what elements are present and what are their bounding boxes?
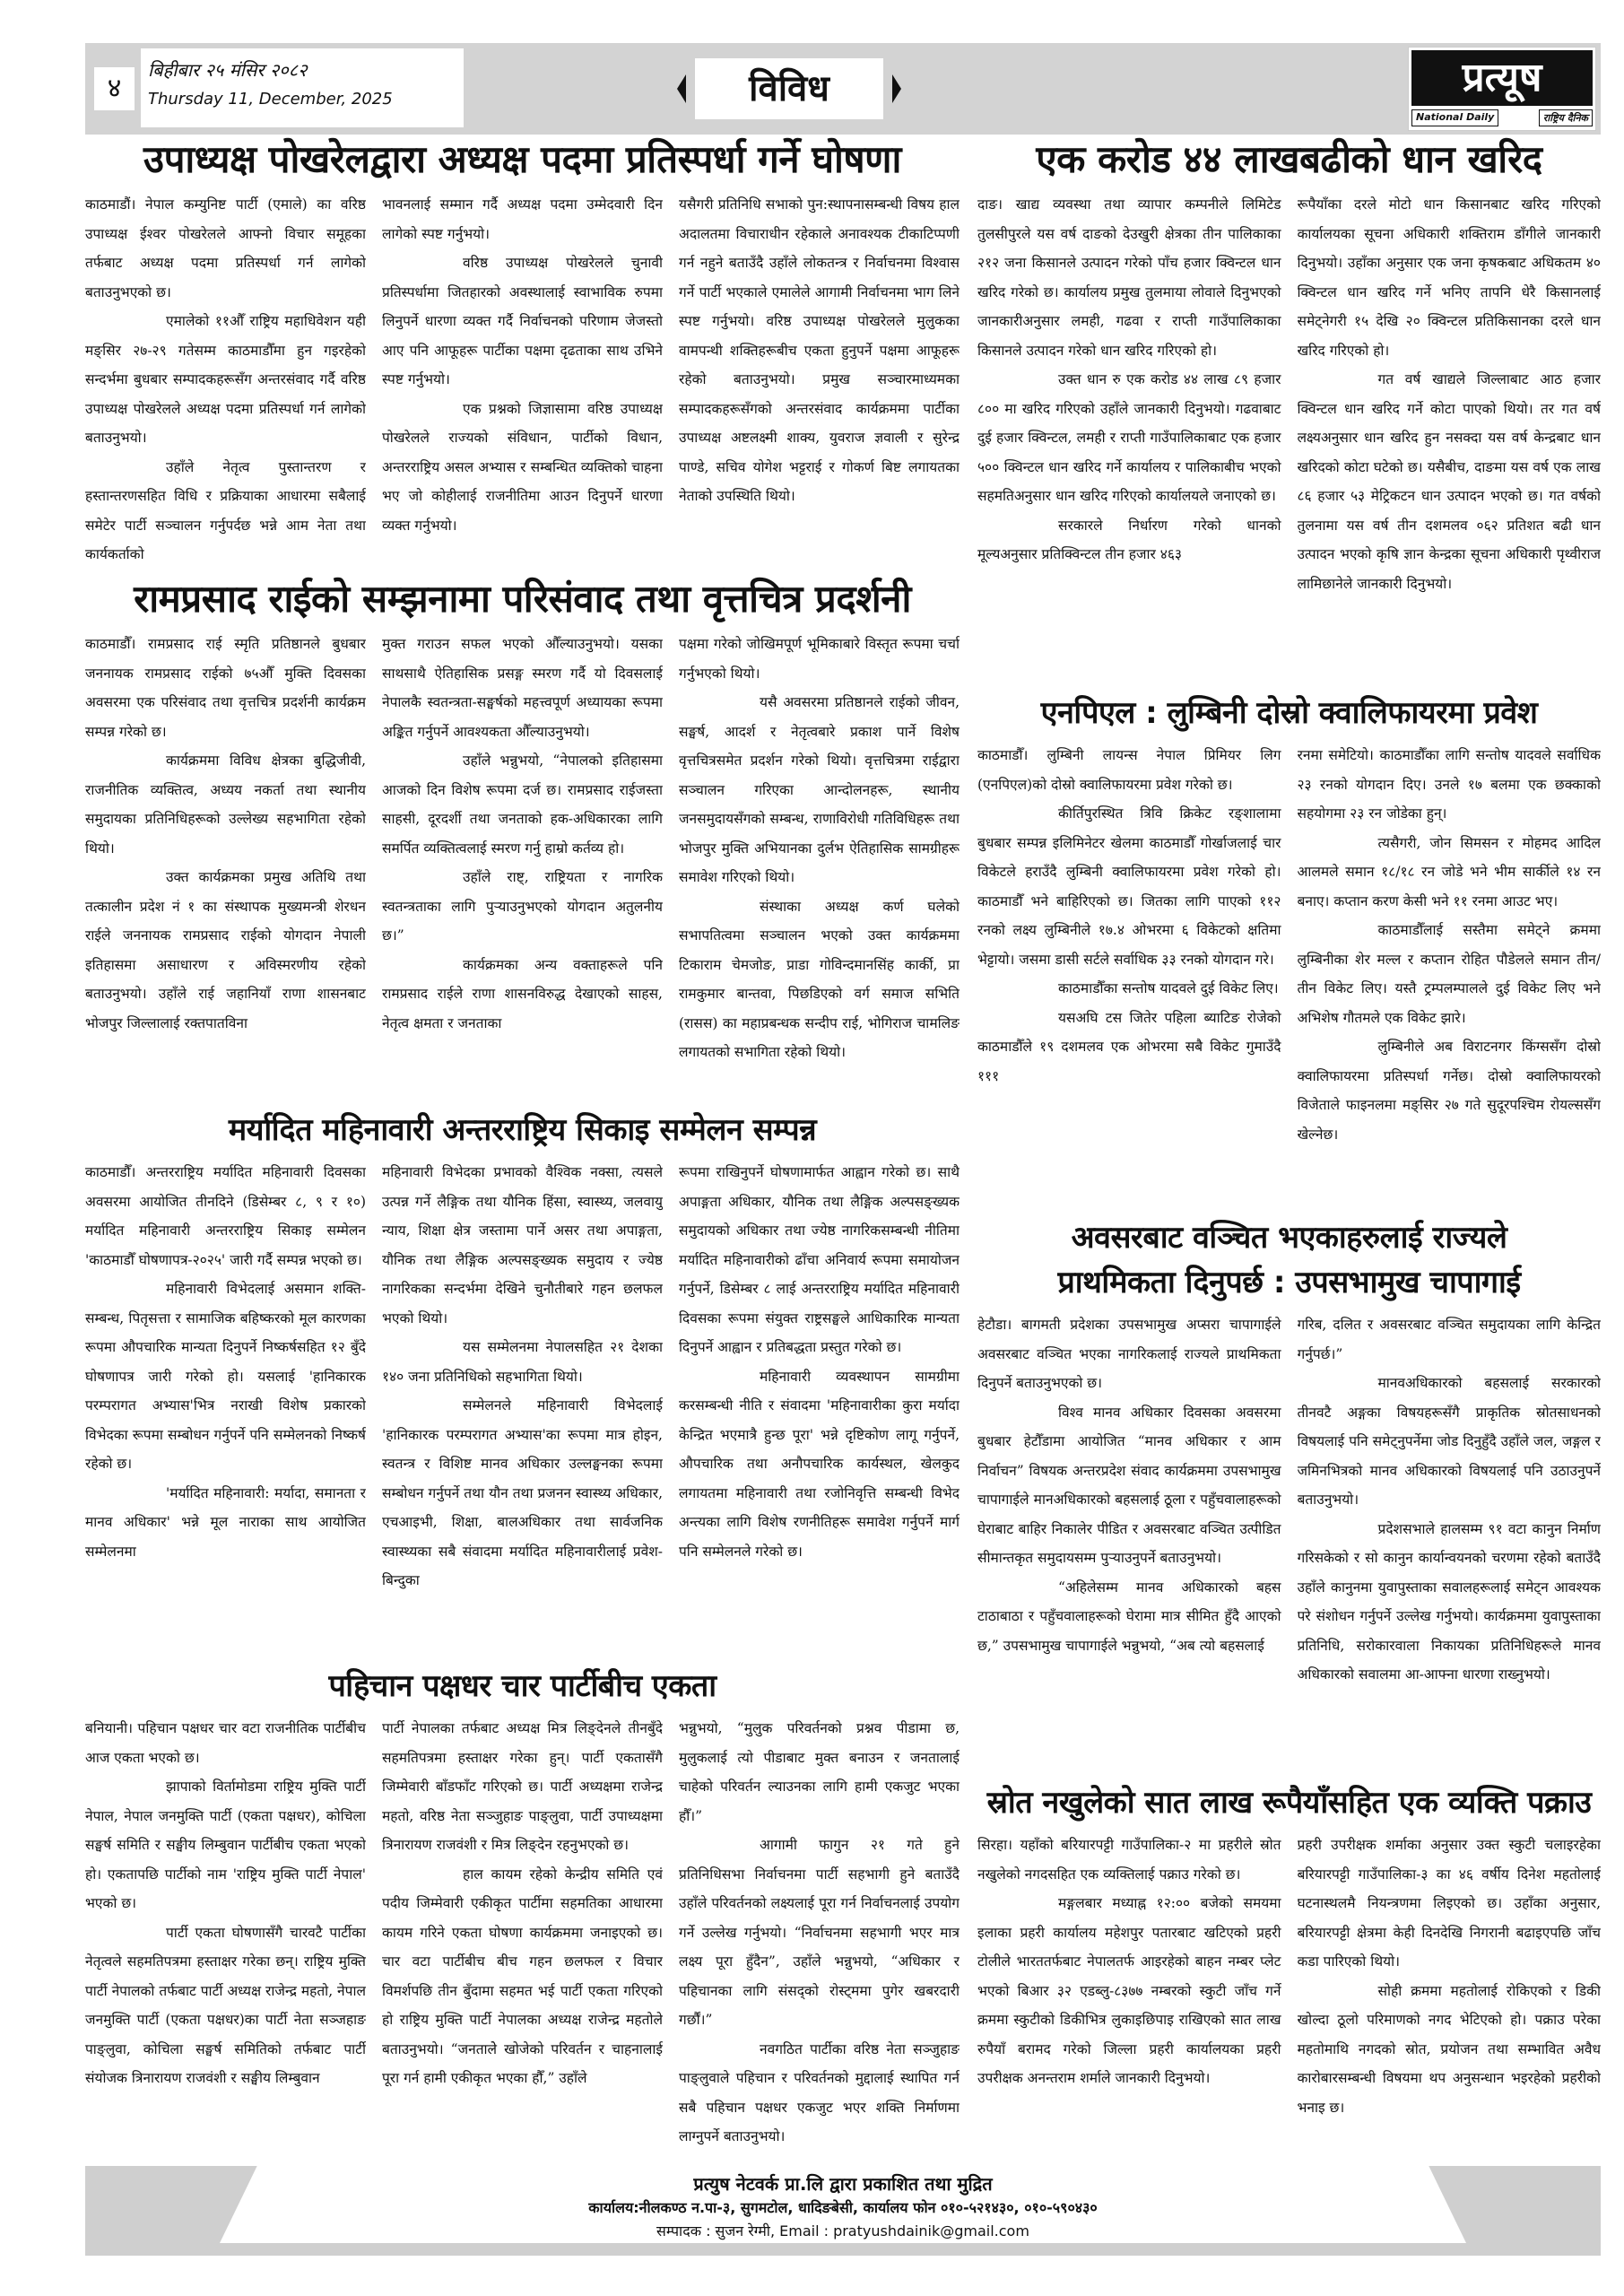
- paragraph: महिनावारी विभेदलाई असमान शक्ति-सम्बन्ध, …: [85, 1274, 366, 1479]
- paragraph: सोही क्रममा महतोलाई रोकिएको र डिकी खोल्द…: [1298, 1977, 1602, 2123]
- paragraph: बनियानी। पहिचान पक्षधर चार वटा राजनीतिक …: [85, 1714, 366, 1772]
- address-line: कार्यालय:नीलकण्ठ न.पा-३, सुगमटोल, धादिङब…: [220, 2196, 1466, 2220]
- paragraph: यसैगरी प्रतिनिधि सभाको पुन:स्थापनासम्बन्…: [679, 190, 960, 511]
- article-unity: पहिचान पक्षधर चार पार्टीबीच एकता बनियानी…: [85, 1664, 960, 2157]
- article-arrest: स्रोत नखुलेको सात लाख रूपैयाँसहित एक व्य…: [977, 1780, 1601, 2157]
- paragraph: यस सम्मेलनमा नेपालसहित २१ देशका १४० जना …: [382, 1333, 663, 1391]
- footer-content: प्रत्युष नेटवर्क प्रा.लि द्वारा प्रकाशित…: [220, 2166, 1466, 2243]
- paragraph: यसअघि टस जितेर पहिला ब्याटिङ रोजेको काठम…: [977, 1004, 1281, 1091]
- logo-tagline-en: National Daily: [1411, 109, 1498, 126]
- paragraph: आगामी फागुन २१ गते हुने प्रतिनिधिसभा निर…: [679, 1831, 960, 2035]
- article-column: गरिब, दलित र अवसरबाट वञ्चित समुदायका लाग…: [1298, 1310, 1602, 1690]
- paragraph: सम्मेलनले महिनावारी विभेदलाई 'हानिकारक प…: [382, 1391, 663, 1596]
- section-banner: विविध: [677, 48, 901, 129]
- logo-taglines: National Daily राष्ट्रिय दैनिक: [1411, 109, 1593, 126]
- page-number: ४: [94, 67, 135, 110]
- article-column: काठमाडौं। नेपाल कम्युनिष्ट पार्टी (एमाले…: [85, 190, 366, 570]
- paragraph: उहाँले राष्ट्, राष्ट्रियता र नागरिक स्वत…: [382, 863, 663, 951]
- article-rai: रामप्रसाद राईको सम्झनामा परिसंवाद तथा वृ…: [85, 574, 960, 1103]
- paragraph: संस्थाका अध्यक्ष कर्ण घलेको सभापतित्वमा …: [679, 892, 960, 1067]
- paragraph: एक प्रश्नको जिज्ञासामा वरिष्ठ उपाध्यक्ष …: [382, 395, 663, 541]
- logo-name: प्रत्यूष: [1411, 50, 1593, 106]
- article-column: यसैगरी प्रतिनिधि सभाको पुन:स्थापनासम्बन्…: [679, 190, 960, 570]
- paragraph: महिनावारी विभेदका प्रभावको वैश्विक नक्सा…: [382, 1158, 663, 1333]
- paragraph: रूपमा राखिनुपर्ने घोषणामार्फत आह्वान गरे…: [679, 1158, 960, 1362]
- article-paddy: एक करोड ४४ लाखबढीको धान खरिद दाङ। खाद्य …: [977, 135, 1601, 673]
- paragraph: कार्यक्रममा विविध क्षेत्रका बुद्धिजीवी, …: [85, 746, 366, 863]
- headline: उपाध्यक्ष पोखरेलद्वारा अध्यक्ष पदमा प्रत…: [85, 135, 960, 185]
- paragraph: गत वर्ष खाद्यले जिल्लाबाट आठ हजार क्विन्…: [1298, 365, 1602, 598]
- headline: पहिचान पक्षधर चार पार्टीबीच एकता: [85, 1664, 960, 1709]
- paragraph: मङ्गलबार मध्याह्न १२:०० बजेको समयमा इलाक…: [977, 1889, 1281, 2093]
- headline: एक करोड ४४ लाखबढीको धान खरिद: [977, 135, 1601, 185]
- editor-line: सम्पादक : सुजन रेग्मी, Email : pratyushd…: [220, 2220, 1466, 2243]
- article-chapagai: अवसरबाट वञ्चित भएकाहरुलाई राज्यले प्राथम…: [977, 1215, 1601, 1776]
- paragraph: उहाँले भन्नुभयो, “नेपालको इतिहासमा आजको …: [382, 746, 663, 863]
- paragraph: रूपैयाँका दरले मोटो धान किसानबाट खरिद गर…: [1298, 190, 1602, 365]
- paragraph: लुम्बिनीले अब विराटनगर किंग्ससँग दोस्रो …: [1298, 1032, 1602, 1149]
- paragraph: मानवअधिकारको बहसलाई सरकारको तीनवटै अङ्गक…: [1298, 1369, 1602, 1515]
- article-column: काठमाडौँ। अन्तरराष्ट्रिय मर्यादित महिनाव…: [85, 1158, 366, 1596]
- headline: मर्यादित महिनावारी अन्तरराष्ट्रिय सिकाइ …: [85, 1108, 960, 1152]
- article-column: दाङ। खाद्य व्यवस्था तथा व्यापार कम्पनीले…: [977, 190, 1281, 598]
- paragraph: पार्टी नेपालका तर्फबाट अध्यक्ष मित्र लिङ…: [382, 1714, 663, 1860]
- paragraph: वरिष्ठ उपाध्यक्ष पोखरेलले चुनावी प्रतिस्…: [382, 248, 663, 395]
- headline-line-1: अवसरबाट वञ्चित भएकाहरुलाई राज्यले: [977, 1215, 1601, 1260]
- paragraph: हेटौडा। बागमती प्रदेशका उपसभामुख अप्सरा …: [977, 1310, 1281, 1398]
- paragraph: गरिब, दलित र अवसरबाट वञ्चित समुदायका लाग…: [1298, 1310, 1602, 1369]
- paragraph: दाङ। खाद्य व्यवस्था तथा व्यापार कम्पनीले…: [977, 190, 1281, 365]
- paragraph: उहाँले नेतृत्व पुस्तान्तरण र हस्तान्तरणस…: [85, 453, 366, 570]
- date-box: बिहीबार २५ मंसिर २०८२ Thursday 11, Decem…: [141, 48, 464, 127]
- date-english: Thursday 11, December, 2025: [148, 86, 456, 113]
- paragraph: 'मर्यादित महिनावारी: मर्यादा, समानता र म…: [85, 1479, 366, 1567]
- paragraph: मुक्त गराउन सफल भएको औँल्याउनुभयो। यसका …: [382, 630, 663, 746]
- paragraph: भन्नुभयो, “मुलुक परिवर्तनको प्रश्नव पीडा…: [679, 1714, 960, 1831]
- article-column: काठमाडौँ। रामप्रसाद राई स्मृति प्रतिष्ठा…: [85, 630, 366, 1067]
- paragraph: काठमाडौँ। अन्तरराष्ट्रिय मर्यादित महिनाव…: [85, 1158, 366, 1274]
- article-column: महिनावारी विभेदका प्रभावको वैश्विक नक्सा…: [382, 1158, 663, 1596]
- paragraph: भावनलाई सम्मान गर्दै अध्यक्ष पदमा उम्मेद…: [382, 190, 663, 248]
- paragraph: कार्यक्रमका अन्य वक्ताहरूले पनि रामप्रसा…: [382, 951, 663, 1039]
- paragraph: प्रदेशसभाले हालसम्म ९१ वटा कानुन निर्माण…: [1298, 1515, 1602, 1690]
- logo-tagline-np: राष्ट्रिय दैनिक: [1539, 109, 1593, 126]
- headline: रामप्रसाद राईको सम्झनामा परिसंवाद तथा वृ…: [85, 574, 960, 624]
- publisher-line: प्रत्युष नेटवर्क प्रा.लि द्वारा प्रकाशित…: [220, 2171, 1466, 2196]
- article-pokharel: उपाध्यक्ष पोखरेलद्वारा अध्यक्ष पदमा प्रत…: [85, 135, 960, 565]
- article-column: काठमाडौँ। लुम्बिनी लायन्स नेपाल प्रिमियर…: [977, 741, 1281, 1149]
- article-column: मुक्त गराउन सफल भएको औँल्याउनुभयो। यसका …: [382, 630, 663, 1067]
- paragraph: महिनावारी व्यवस्थापन सामग्रीमा करसम्बन्ध…: [679, 1362, 960, 1567]
- paragraph: काठमाडौँलाई सस्तैमा समेट्ने क्रममा लुम्ब…: [1298, 916, 1602, 1032]
- article-npl: एनपिएल : लुम्बिनी दोस्रो क्वालिफायरमा प्…: [977, 691, 1601, 1157]
- arrow-right-icon: [892, 74, 901, 103]
- paragraph: नवगठित पार्टीका वरिष्ठ नेता सञ्जुहाङ पाङ…: [679, 2035, 960, 2152]
- date-nepali: बिहीबार २५ मंसिर २०८२: [148, 54, 456, 86]
- article-column: रूपैयाँका दरले मोटो धान किसानबाट खरिद गर…: [1298, 190, 1602, 598]
- article-column: बनियानी। पहिचान पक्षधर चार वटा राजनीतिक …: [85, 1714, 366, 2152]
- paragraph: रनमा समेटियो। काठमाडौँका लागि सन्तोष याद…: [1298, 741, 1602, 829]
- paragraph: काठमाडौँ। लुम्बिनी लायन्स नेपाल प्रिमियर…: [977, 741, 1281, 799]
- arrow-left-icon: [677, 74, 686, 103]
- paragraph: उक्त कार्यक्रमका प्रमुख अतिथि तथा तत्काल…: [85, 863, 366, 1038]
- paragraph: काठमाडौँका सन्तोष यादवले दुई विकेट लिए।: [977, 974, 1281, 1004]
- article-column: प्रहरी उपरीक्षक शर्माका अनुसार उक्त स्कु…: [1298, 1831, 1602, 2122]
- paragraph: विश्व मानव अधिकार दिवसका अवसरमा बुधबार ह…: [977, 1398, 1281, 1573]
- paragraph: पार्टी एकता घोषणासँगै चारवटै पार्टीका ने…: [85, 1918, 366, 2093]
- newspaper-logo: प्रत्यूष National Daily राष्ट्रिय दैनिक: [1408, 47, 1596, 131]
- article-column: रूपमा राखिनुपर्ने घोषणामार्फत आह्वान गरे…: [679, 1158, 960, 1596]
- paragraph: यसै अवसरमा प्रतिष्ठानले राईको जीवन, सङ्घ…: [679, 688, 960, 892]
- article-menstruation: मर्यादित महिनावारी अन्तरराष्ट्रिय सिकाइ …: [85, 1108, 960, 1655]
- imprint-footer: प्रत्युष नेटवर्क प्रा.लि द्वारा प्रकाशित…: [85, 2166, 1601, 2256]
- paragraph: “अहिलेसम्म मानव अधिकारको बहस टाठाबाठा र …: [977, 1573, 1281, 1661]
- paragraph: कीर्तिपुरस्थित त्रिवि क्रिकेट रङ्शालामा …: [977, 799, 1281, 974]
- headline-line-2: प्राथमिकता दिनुपर्छ : उपसभामुख चापागाई: [977, 1260, 1601, 1305]
- paragraph: प्रहरी उपरीक्षक शर्माका अनुसार उक्त स्कु…: [1298, 1831, 1602, 1977]
- article-column: भन्नुभयो, “मुलुक परिवर्तनको प्रश्नव पीडा…: [679, 1714, 960, 2152]
- article-column: पक्षमा गरेको जोखिमपूर्ण भूमिकाबारे विस्त…: [679, 630, 960, 1067]
- article-column: रनमा समेटियो। काठमाडौँका लागि सन्तोष याद…: [1298, 741, 1602, 1149]
- paragraph: पक्षमा गरेको जोखिमपूर्ण भूमिकाबारे विस्त…: [679, 630, 960, 688]
- paragraph: झापाको विर्तामोडमा राष्ट्रिय मुक्ति पार्…: [85, 1772, 366, 1918]
- paragraph: त्यसैगरी, जोन सिमसन र मोहमद आदिल आलमले स…: [1298, 829, 1602, 917]
- paragraph: एमालेको ११औँ राष्ट्रिय महाधिवेशन यही मङ्…: [85, 307, 366, 453]
- paragraph: सिरहा। यहाँको बरियारपट्टी गाउँपालिका-२ म…: [977, 1831, 1281, 1889]
- paragraph: काठमाडौं। नेपाल कम्युनिष्ट पार्टी (एमाले…: [85, 190, 366, 307]
- masthead: ४ बिहीबार २५ मंसिर २०८२ Thursday 11, Dec…: [85, 43, 1601, 135]
- headline: स्रोत नखुलेको सात लाख रूपैयाँसहित एक व्य…: [977, 1780, 1601, 1825]
- headline: एनपिएल : लुम्बिनी दोस्रो क्वालिफायरमा प्…: [977, 691, 1601, 735]
- paragraph: सरकारले निर्धारण गरेको धानको मूल्यअनुसार…: [977, 511, 1281, 570]
- section-title: विविध: [695, 58, 883, 119]
- paragraph: हाल कायम रहेको केन्द्रीय समिति एवं पदीय …: [382, 1860, 663, 2093]
- article-column: हेटौडा। बागमती प्रदेशका उपसभामुख अप्सरा …: [977, 1310, 1281, 1690]
- article-column: भावनलाई सम्मान गर्दै अध्यक्ष पदमा उम्मेद…: [382, 190, 663, 570]
- article-column: सिरहा। यहाँको बरियारपट्टी गाउँपालिका-२ म…: [977, 1831, 1281, 2122]
- paragraph: काठमाडौँ। रामप्रसाद राई स्मृति प्रतिष्ठा…: [85, 630, 366, 746]
- paragraph: उक्त धान रु एक करोड ४४ लाख ८९ हजार ८०० म…: [977, 365, 1281, 511]
- article-column: पार्टी नेपालका तर्फबाट अध्यक्ष मित्र लिङ…: [382, 1714, 663, 2152]
